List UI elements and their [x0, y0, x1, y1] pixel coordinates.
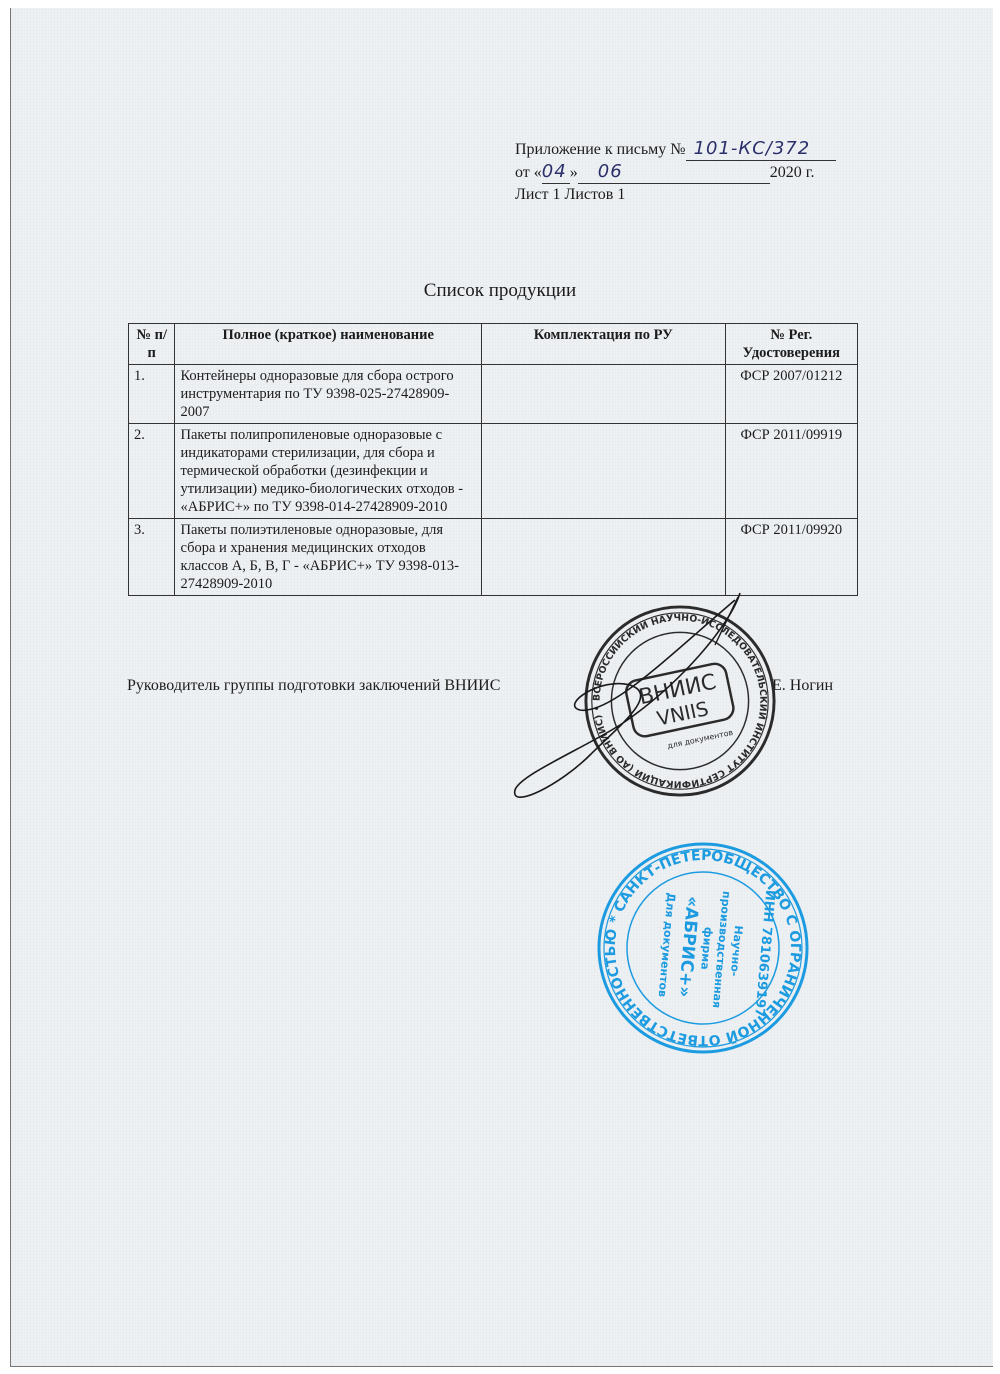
signatory-position: Руководитель группы подготовки заключени… — [127, 677, 500, 694]
letter-number: 101-КС/372 — [686, 138, 811, 159]
document-title: Список продукции — [0, 280, 1000, 302]
signatory-name: Е. Ногин — [772, 677, 833, 695]
sheet-info: Лист 1 Листов 1 — [515, 184, 836, 205]
col-number: № п/п — [129, 324, 175, 365]
table-row: 3. Пакеты полиэтиленовые одноразовые, дл… — [129, 519, 858, 596]
table-row: 2. Пакеты полипропиленовые одноразовые с… — [129, 424, 858, 519]
col-reg: № Рег. Удостоверения — [725, 324, 857, 365]
date-month: 06 — [578, 161, 623, 182]
signature-scribble-icon — [500, 585, 760, 825]
table-row: 1. Контейнеры одноразовые для сбора остр… — [129, 365, 858, 424]
date-prefix: от « — [515, 164, 542, 181]
products-table: № п/п Полное (краткое) наименование Комп… — [128, 323, 858, 596]
col-name: Полное (краткое) наименование — [175, 324, 482, 365]
date-year: 2020 г. — [770, 164, 815, 181]
date-day: 04 — [542, 161, 567, 182]
appendix-line: Приложение к письму №101-КС/372 — [515, 138, 836, 161]
letter-header: Приложение к письму №101-КС/372 от «04»0… — [515, 138, 836, 205]
table-header-row: № п/п Полное (краткое) наименование Комп… — [129, 324, 858, 365]
svg-text:фирма: фирма — [698, 926, 715, 970]
appendix-label: Приложение к письму № — [515, 141, 686, 158]
abris-stamp-icon: ОБЩЕСТВО С ОГРАНИЧЕННОЙ ОТВЕТСТВЕННОСТЬЮ… — [593, 838, 813, 1058]
svg-text:«АБРИС+»: «АБРИС+» — [674, 895, 703, 998]
date-line: от «04»062020 г. — [515, 161, 836, 184]
col-kit: Комплектация по РУ — [482, 324, 726, 365]
svg-text:Для документов: Для документов — [656, 892, 678, 998]
